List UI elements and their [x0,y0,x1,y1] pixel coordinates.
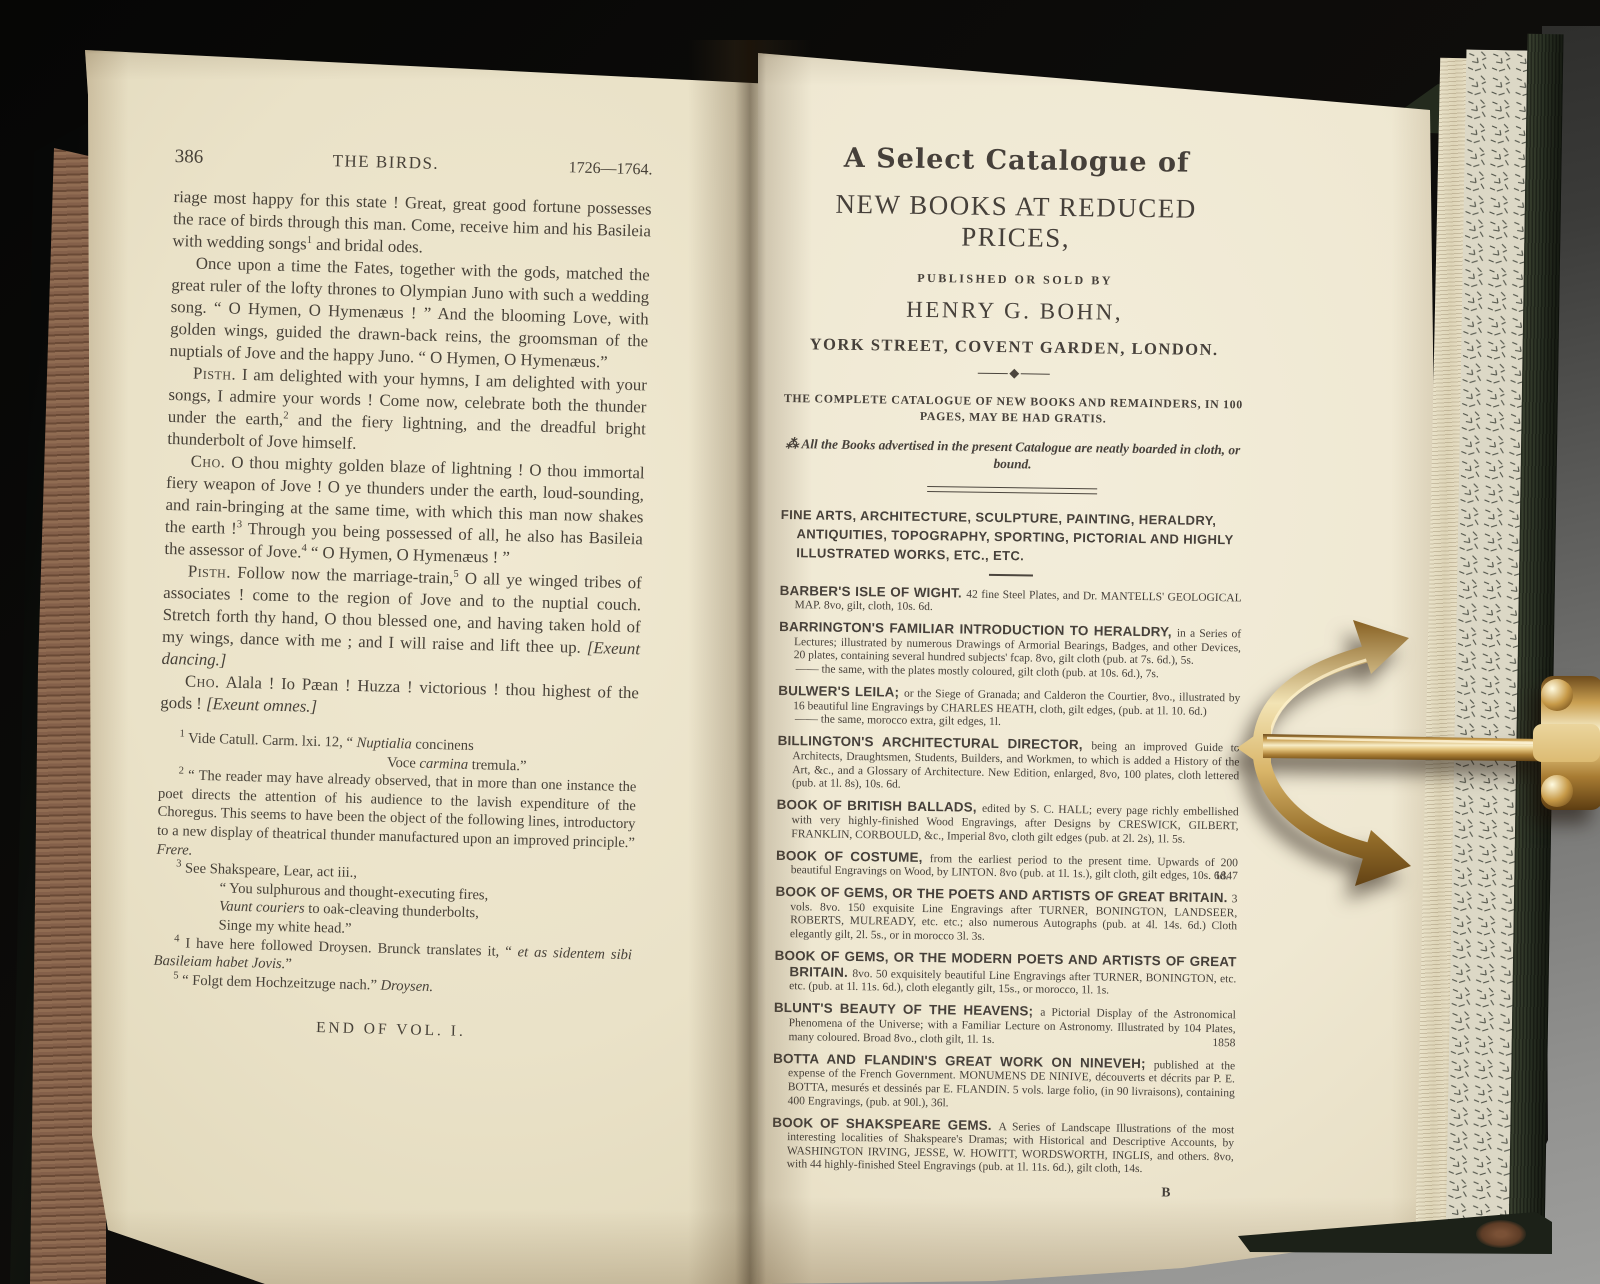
catalogue-entry: BOOK OF COSTUME, from the earliest perio… [776,849,1238,885]
catalogue-entry: BOTTA AND FLANDIN'S GREAT WORK ON NINEVE… [773,1052,1236,1115]
catalogue-title: NEW BOOKS AT REDUCED PRICES, [784,188,1247,256]
text-paragraph: Pisth. Follow now the marriage-train,5 O… [161,560,642,682]
line-range: 1726—1764. [568,159,652,179]
left-page-content: 386 THE BIRDS. 1726—1764. riage most hap… [152,146,653,1046]
catalogue-script-heading: A Select Catalogue of [786,142,1248,179]
entry-title: BLUNT'S BEAUTY OF THE HEAVENS; [774,1000,1041,1019]
text-paragraph: Once upon a time the Fates, together wit… [169,252,650,374]
left-page: 386 THE BIRDS. 1726—1764. riage most hap… [80,40,772,1284]
end-of-volume-note: END OF VOL. I. [152,1015,630,1046]
advert-note: ⁂ All the Books advertised in the presen… [781,435,1243,475]
catalogue-entry: BARBER'S ISLE OF WIGHT. 42 fine Steel Pl… [779,584,1241,620]
text-paragraph: Pisth. I am delighted with your hymns, I… [167,362,647,462]
catalogue-entry: BOOK OF BRITISH BALLADS, edited by S. C.… [776,798,1239,847]
left-page-footnotes: 1 Vide Catull. Carm. lxi. 12, “ Nuptiali… [153,729,638,1002]
catalogue-entries: BARBER'S ISLE OF WIGHT. 42 fine Steel Pl… [772,584,1242,1179]
entry-title: BOOK OF BRITISH BALLADS, [777,797,982,815]
publisher-address: YORK STREET, COVENT GARDEN, LONDON. [783,334,1245,360]
catalogue-entry: BILLINGTON'S ARCHITECTURAL DIRECTOR, bei… [777,734,1240,797]
left-page-header: 386 THE BIRDS. 1726—1764. [174,146,652,181]
entry-body: 8vo. 50 exquisitely beautiful Line Engra… [789,968,1236,997]
photo-scene: 386 THE BIRDS. 1726—1764. riage most hap… [0,0,1600,1284]
right-page-content: A Select Catalogue of NEW BOOKS AT REDUC… [771,142,1248,1202]
gratis-notice: THE COMPLETE CATALOGUE OF NEW BOOKS AND … [782,390,1244,428]
text-paragraph: Cho. O thou mighty golden blaze of light… [164,450,645,572]
entry-title: BULWER'S LEILA; [778,683,904,700]
running-title: THE BIRDS. [203,148,569,178]
catalogue-entry: BULWER'S LEILA; or the Siege of Granada;… [778,684,1241,733]
catalogue-entry: BOOK OF GEMS, OR THE MODERN POETS AND AR… [774,949,1237,1000]
footnote: 2 “ The reader may have already observed… [156,766,636,871]
entry-title: BOOK OF SHAKSPEARE GEMS. [772,1114,998,1132]
anchor-clasp-icon [1205,592,1600,927]
entry-year: 1858 [1227,1037,1235,1051]
diamond-rule-ornament [978,370,1050,378]
publisher-name: HENRY G. BOHN, [784,295,1246,327]
page-number: 386 [174,146,203,169]
catalogue-entry: BLUNT'S BEAUTY OF THE HEAVENS; a Pictori… [773,1001,1236,1050]
entry-title: BARBER'S ISLE OF WIGHT. [780,583,967,601]
catalogue-entry: BARRINGTON'S FAMILIAR INTRODUCTION TO HE… [779,620,1242,683]
text-paragraph: riage most happy for this state ! Great,… [172,186,652,264]
double-rule [927,486,1097,494]
entry-title: BOOK OF COSTUME, [776,848,930,865]
signature-mark: B [771,1179,1233,1201]
catalogue-entry: BOOK OF SHAKSPEARE GEMS. A Series of Lan… [772,1115,1235,1178]
catalogue-entry: BOOK OF GEMS, OR THE POETS AND ARTISTS O… [775,885,1238,948]
section-heading: FINE ARTS, ARCHITECTURE, SCULPTURE, PAIN… [780,505,1243,568]
worn-corner [1476,1220,1526,1248]
short-rule [989,574,1033,576]
published-by-line: PUBLISHED OR SOLD BY [784,269,1246,290]
left-page-body: riage most happy for this state ! Great,… [160,186,652,726]
diamond-icon [1009,369,1019,379]
